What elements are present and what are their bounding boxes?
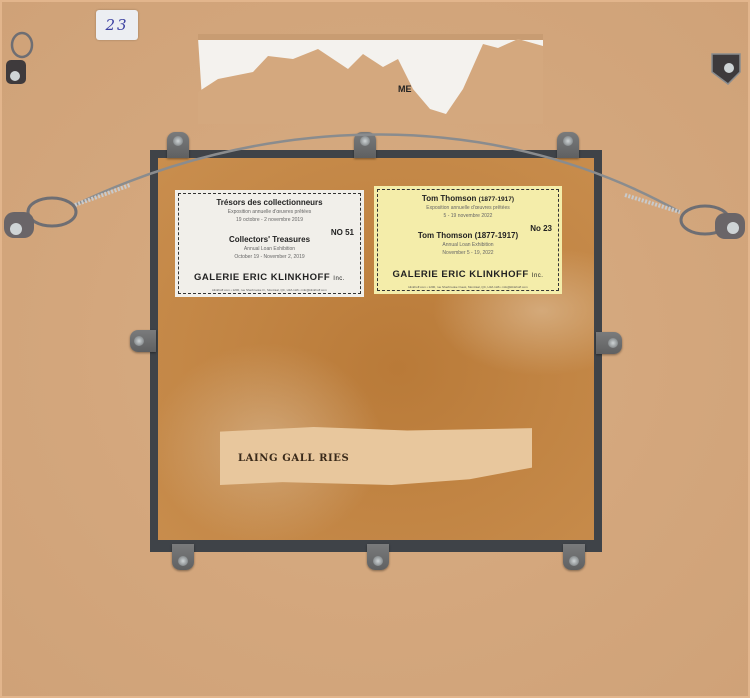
retaining-clip-top-center bbox=[354, 132, 376, 158]
old-gallery-label-text: LAING GALL RIES bbox=[238, 453, 349, 464]
torn-paper-area: ME bbox=[198, 34, 543, 124]
gallery-name: GALERIE ERIC KLINKHOFF Inc. bbox=[175, 272, 364, 283]
gallery-name: GALERIE ERIC KLINKHOFF Inc. bbox=[374, 269, 562, 280]
tom-thomson-label: Tom Thomson (1877-1917) Exposition annue… bbox=[374, 186, 562, 294]
gallery-suffix: Inc. bbox=[333, 276, 345, 282]
torn-fragment-text: ME bbox=[398, 84, 412, 94]
collectors-treasures-label: Trésors des collectionneurs Exposition a… bbox=[175, 190, 364, 297]
gallery-address: klinkhoff.com • 1200, rue Sherbrooke O.,… bbox=[175, 288, 364, 292]
gallery-suffix: Inc. bbox=[532, 273, 544, 279]
label-number: No 23 bbox=[530, 224, 552, 233]
retaining-clip-left bbox=[130, 330, 156, 352]
retaining-clip-bottom-left bbox=[172, 544, 194, 570]
gallery-name-text: GALERIE ERIC KLINKHOFF bbox=[194, 272, 330, 283]
retaining-clip-bottom-center bbox=[367, 544, 389, 570]
gallery-address: klinkhoff.com • 1200, rue Sherbrooke Oue… bbox=[374, 285, 562, 289]
label-number: NO 51 bbox=[331, 228, 354, 237]
retaining-clip-top-right bbox=[557, 132, 579, 158]
inventory-number-label: 23 bbox=[96, 10, 138, 40]
gallery-name-text: GALERIE ERIC KLINKHOFF bbox=[393, 269, 529, 280]
retaining-clip-right bbox=[596, 332, 622, 354]
retaining-clip-top-left bbox=[167, 132, 189, 158]
retaining-clip-bottom-right bbox=[563, 544, 585, 570]
